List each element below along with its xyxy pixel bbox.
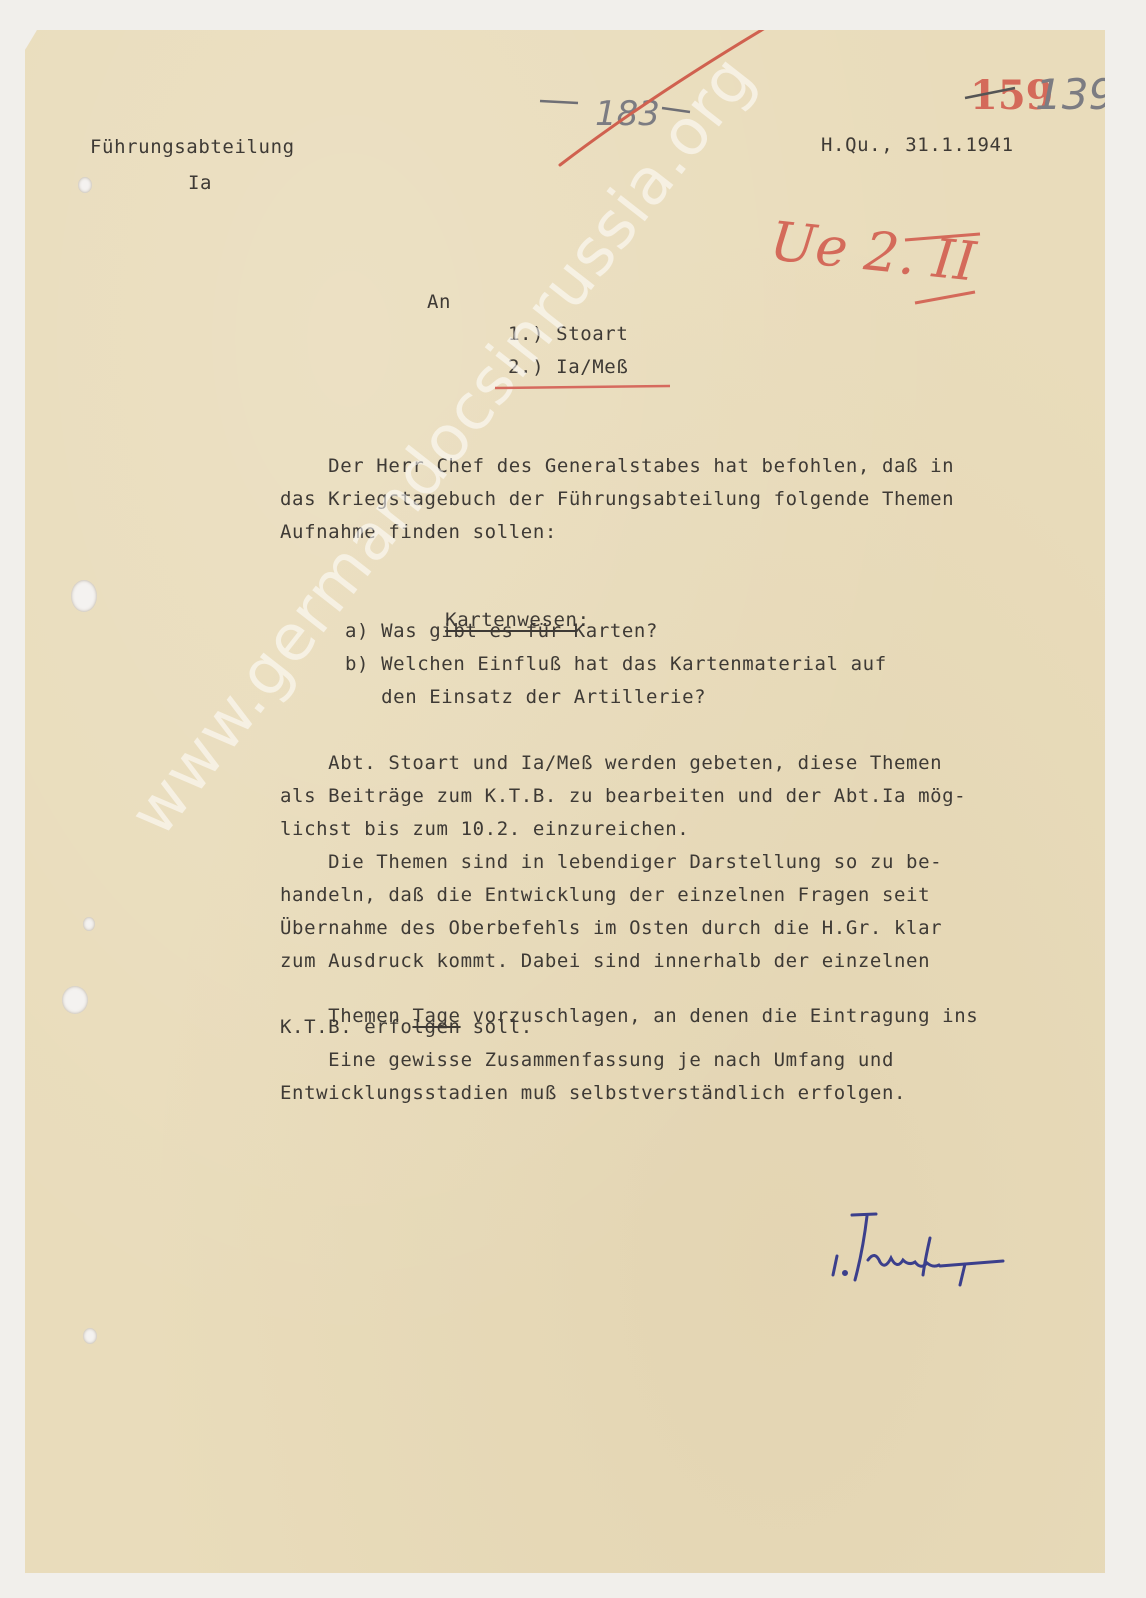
pencil-dash [662, 108, 690, 112]
handwritten-strokes [25, 30, 1105, 1573]
red-bar [905, 234, 980, 240]
red-bar [915, 292, 975, 303]
pencil-strike [965, 88, 1015, 98]
red-underline [495, 386, 670, 388]
signature-strokes [833, 1214, 1003, 1285]
pencil-dash [540, 101, 578, 103]
red-strike-line [560, 30, 765, 165]
document-page: Führungsabteilung Ia H.Qu., 31.1.1941 18… [25, 30, 1105, 1573]
